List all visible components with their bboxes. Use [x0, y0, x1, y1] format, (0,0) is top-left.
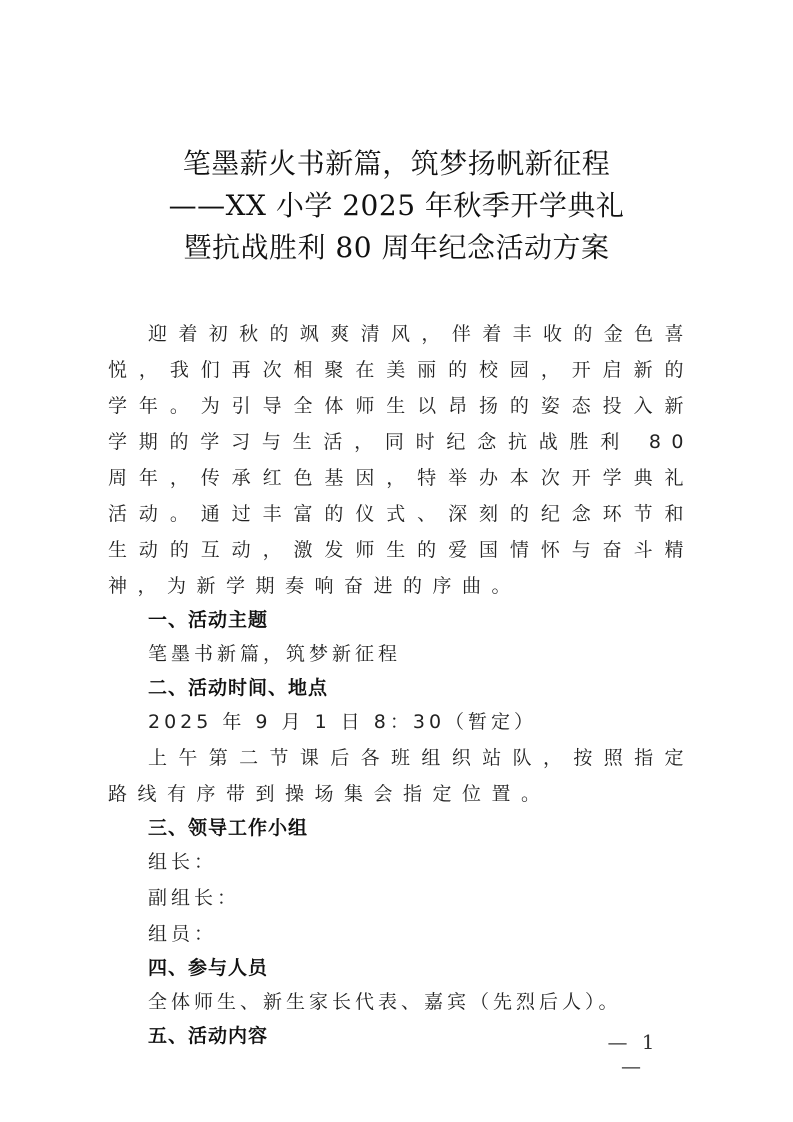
section-heading-time-place: 二、活动时间、地点 [108, 672, 694, 704]
section-heading-participants: 四、参与人员 [108, 952, 694, 984]
leader-line: 组长： [108, 844, 694, 880]
deputy-leader-line: 副组长： [108, 880, 694, 916]
section-heading-theme: 一、活动主题 [108, 604, 694, 636]
document-page: 笔墨薪火书新篇，筑梦扬帆新征程 ——XX 小学 2025 年秋季开学典礼 暨抗战… [0, 0, 793, 1122]
title-line-subtitle: ——XX 小学 2025 年秋季开学典礼 [0, 185, 793, 227]
members-line: 组员： [108, 916, 694, 952]
event-datetime: 2025 年 9 月 1 日 8：30（暂定） [108, 704, 694, 740]
participants-text: 全体师生、新生家长代表、嘉宾（先烈后人）。 [108, 984, 694, 1020]
section-heading-leadership: 三、领导工作小组 [108, 812, 694, 844]
page-number: — 1 — [598, 1030, 668, 1078]
location-paragraph: 上午第二节课后各班组织站队，按照指定路线有序带到操场集会指定位置。 [108, 740, 694, 812]
title-line-main: 笔墨薪火书新篇，筑梦扬帆新征程 [0, 143, 793, 185]
document-title: 笔墨薪火书新篇，筑梦扬帆新征程 ——XX 小学 2025 年秋季开学典礼 暨抗战… [0, 143, 793, 269]
document-body: 迎着初秋的飒爽清风，伴着丰收的金色喜悦，我们再次相聚在美丽的校园，开启新的学年。… [108, 316, 694, 1052]
intro-paragraph: 迎着初秋的飒爽清风，伴着丰收的金色喜悦，我们再次相聚在美丽的校园，开启新的学年。… [108, 316, 694, 604]
theme-text: 笔墨书新篇，筑梦新征程 [108, 636, 694, 672]
title-line-subtitle-2: 暨抗战胜利 80 周年纪念活动方案 [0, 227, 793, 269]
